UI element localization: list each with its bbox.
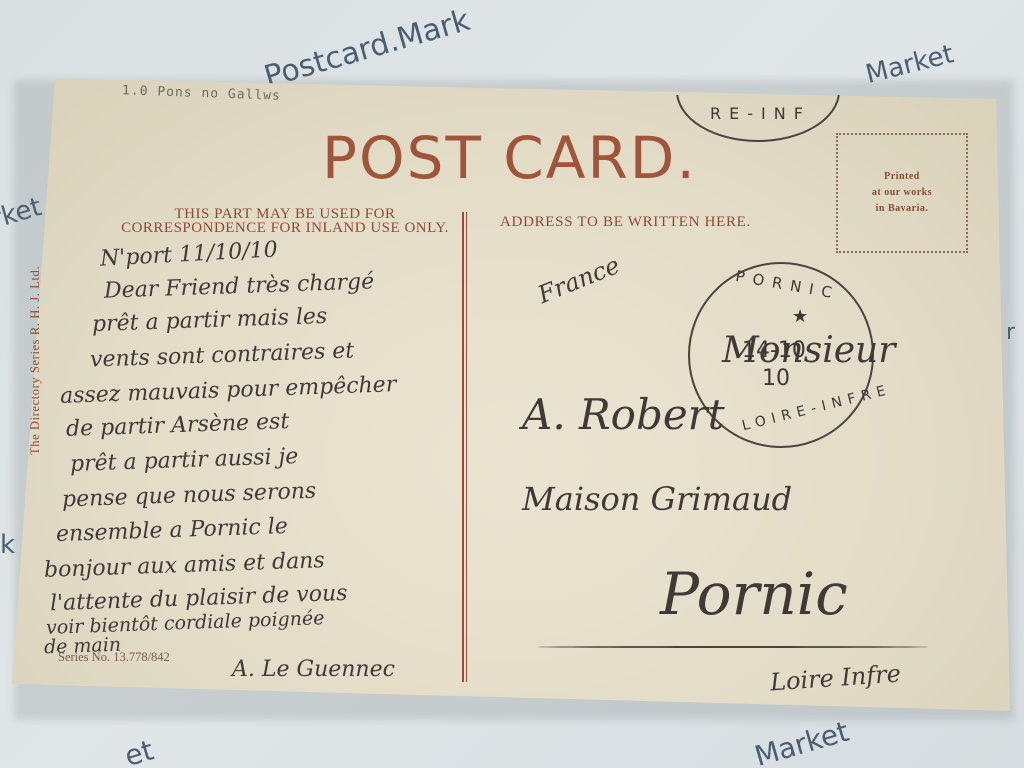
correspondence-line-1: THIS PART MAY BE USED FOR — [95, 207, 475, 221]
center-divider — [462, 212, 467, 682]
address-line: Monsieur — [722, 330, 895, 371]
postmark-star: ★ — [792, 306, 808, 327]
address-header: ADDRESS TO BE WRITTEN HERE. — [500, 214, 751, 231]
stamp-box: Printed at our works in Bavaria. — [836, 133, 968, 253]
watermark: k — [0, 530, 15, 560]
postmark-partial-text: RE-INF — [710, 104, 811, 123]
stamp-box-line: in Bavaria. — [876, 201, 929, 217]
address-underline — [538, 646, 928, 648]
address-line: Maison Grimaud — [522, 480, 792, 518]
correspondence-header: THIS PART MAY BE USED FOR CORRESPONDENCE… — [95, 207, 475, 235]
watermark: Market — [751, 715, 853, 768]
watermark: et — [121, 734, 157, 768]
address-line: Pornic — [660, 560, 848, 628]
signature: A. Le Guennec — [232, 657, 395, 682]
postcard-title: POST CARD. — [322, 124, 697, 192]
message-line: de main — [44, 634, 122, 659]
correspondence-line-2: CORRESPONDENCE FOR INLAND USE ONLY. — [95, 221, 475, 235]
stamp-box-line: Printed — [884, 169, 920, 185]
publisher-imprint: The Directory Series R. H. J. Ltd. — [28, 266, 43, 455]
address-line: A. Robert — [522, 390, 725, 439]
stamp-box-line: at our works — [872, 185, 932, 201]
